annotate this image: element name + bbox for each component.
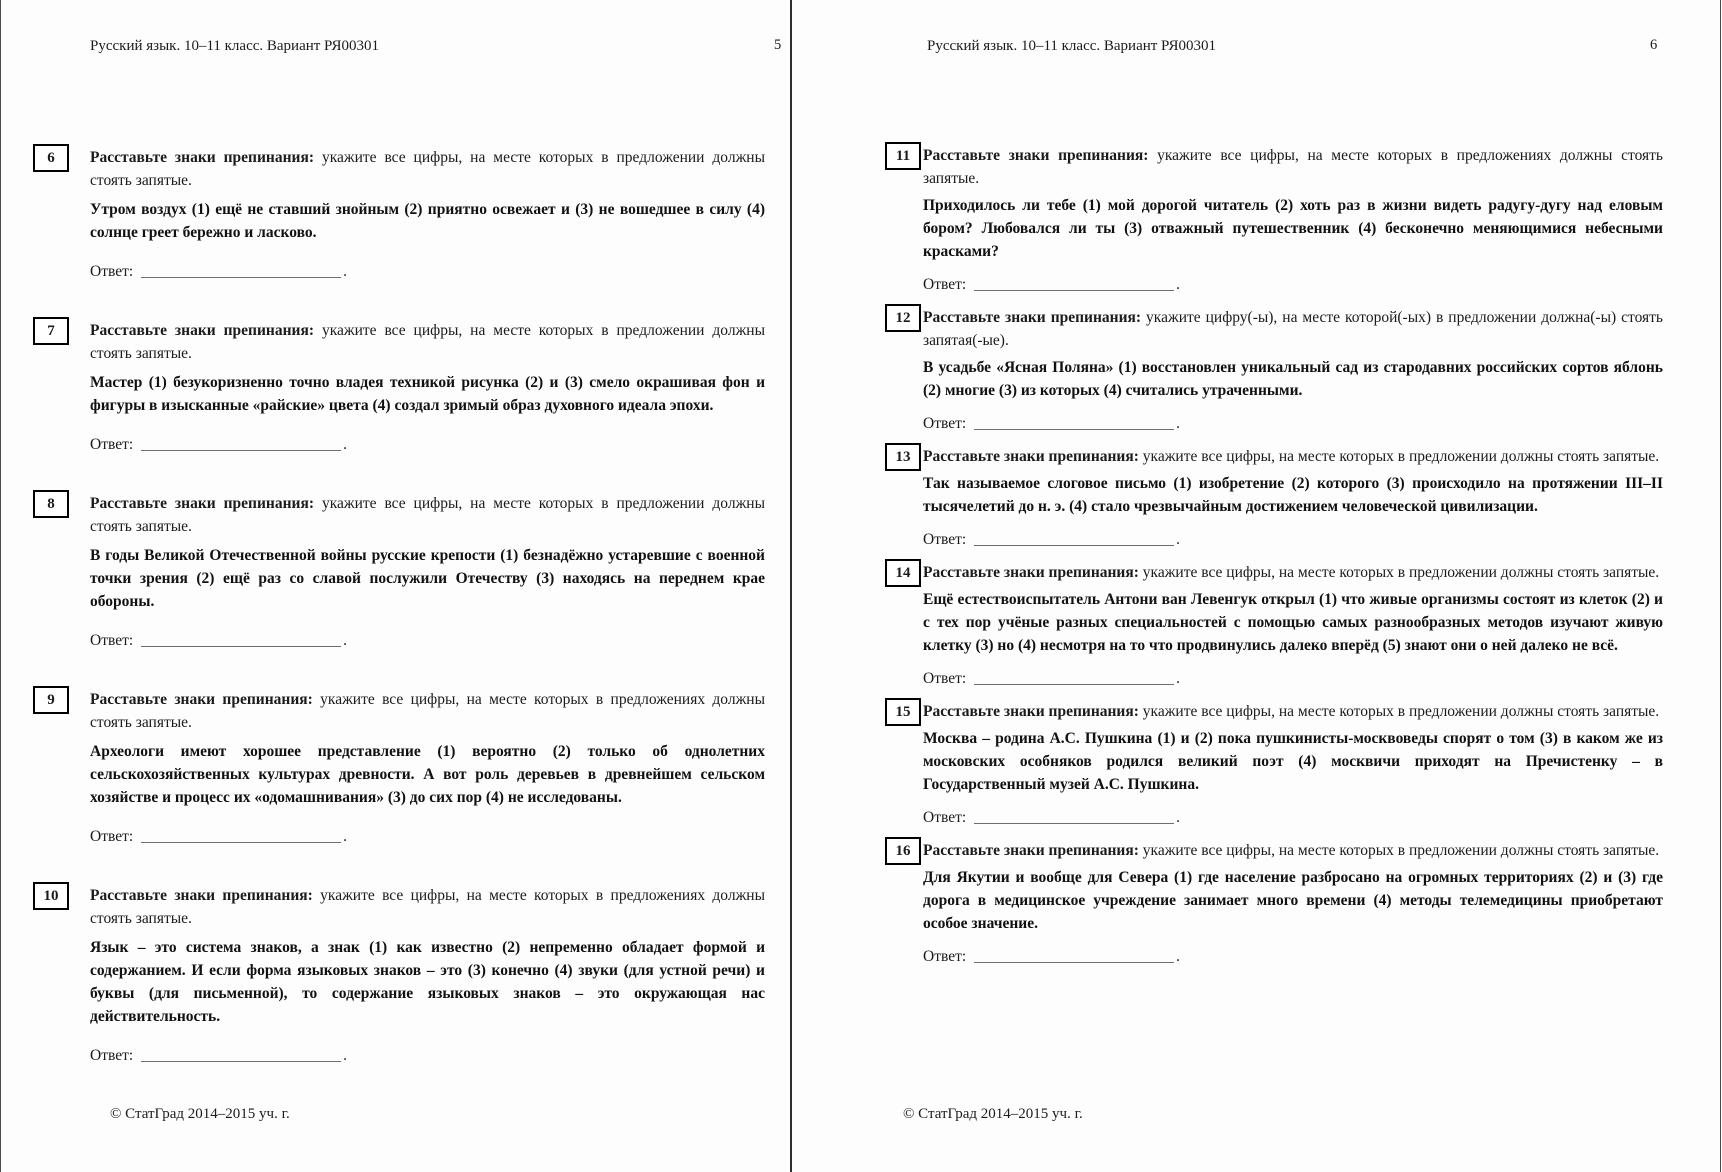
answer-label: Ответ: [923, 276, 966, 293]
question-instruction: Расставьте знаки препинания: укажите все… [90, 492, 765, 538]
answer-row: Ответ:. [90, 260, 765, 283]
instruction-bold: Расставьте знаки препинания: [923, 842, 1139, 859]
question-6: 6 Расставьте знаки препинания: укажите в… [90, 146, 765, 283]
instruction-bold: Расставьте знаки препинания: [90, 149, 314, 166]
question-task: Ещё естествоиспытатель Антони ван Левенг… [923, 588, 1663, 657]
answer-blank [141, 263, 341, 278]
question-task: Для Якутии и вообще для Севера (1) где н… [923, 866, 1663, 935]
page-body: 6 Расставьте знаки препинания: укажите в… [90, 146, 765, 1103]
answer-suffix: . [1176, 670, 1180, 687]
question-number-box: 6 [33, 144, 69, 172]
answer-row: Ответ:. [90, 629, 765, 652]
instruction-bold: Расставьте знаки препинания: [90, 887, 313, 904]
question-number-box: 16 [885, 837, 921, 865]
question-9: 9 Расставьте знаки препинания: укажите в… [90, 688, 765, 848]
answer-suffix: . [1176, 276, 1180, 293]
question-15: 15 Расставьте знаки препинания: укажите … [923, 700, 1663, 829]
question-task: Так называемое слоговое письмо (1) изобр… [923, 472, 1663, 518]
answer-row: Ответ:. [90, 433, 765, 456]
answer-blank [141, 436, 341, 451]
instruction-rest: укажите все цифры, на месте которых в пр… [1139, 842, 1659, 859]
answer-blank [974, 531, 1174, 546]
instruction-rest: укажите все цифры, на месте которых в пр… [1139, 448, 1659, 465]
answer-label: Ответ: [90, 1047, 133, 1064]
answer-blank [974, 276, 1174, 291]
copyright-footer: © СтатГрад 2014–2015 уч. г. [110, 1106, 290, 1123]
instruction-bold: Расставьте знаки препинания: [923, 309, 1141, 326]
answer-label: Ответ: [923, 670, 966, 687]
answer-suffix: . [343, 828, 347, 845]
answer-blank [974, 670, 1174, 685]
answer-blank [974, 948, 1174, 963]
answer-row: Ответ:. [923, 273, 1663, 296]
instruction-bold: Расставьте знаки препинания: [90, 691, 313, 708]
answer-label: Ответ: [923, 415, 966, 432]
answer-row: Ответ:. [923, 412, 1663, 435]
instruction-rest: укажите все цифры, на месте которых в пр… [1139, 564, 1659, 581]
answer-blank [141, 1047, 341, 1062]
page-number: 6 [1650, 37, 1657, 54]
question-instruction: Расставьте знаки препинания: укажите все… [90, 688, 765, 734]
answer-blank [141, 828, 341, 843]
instruction-bold: Расставьте знаки препинания: [923, 564, 1139, 581]
question-number-box: 8 [33, 490, 69, 518]
question-11: 11 Расставьте знаки препинания: укажите … [923, 144, 1663, 296]
answer-blank [974, 809, 1174, 824]
instruction-bold: Расставьте знаки препинания: [90, 495, 314, 512]
page-header: Русский язык. 10–11 класс. Вариант РЯ003… [90, 36, 379, 56]
question-task: Приходилось ли тебе (1) мой дорогой чита… [923, 194, 1663, 263]
question-task: В усадьбе «Ясная Поляна» (1) восстановле… [923, 356, 1663, 402]
answer-label: Ответ: [90, 632, 133, 649]
answer-suffix: . [343, 1047, 347, 1064]
answer-row: Ответ:. [923, 667, 1663, 690]
answer-row: Ответ:. [923, 945, 1663, 968]
answer-label: Ответ: [923, 531, 966, 548]
answer-row: Ответ:. [923, 806, 1663, 829]
question-task: Мастер (1) безукоризненно точно владея т… [90, 371, 765, 417]
page-number: 5 [774, 37, 781, 54]
question-task: Москва – родина А.С. Пушкина (1) и (2) п… [923, 727, 1663, 796]
answer-suffix: . [1176, 531, 1180, 548]
answer-label: Ответ: [90, 263, 133, 280]
question-number-box: 10 [33, 882, 69, 910]
answer-label: Ответ: [90, 828, 133, 845]
question-task: Археологи имеют хорошее представление (1… [90, 740, 765, 809]
question-task: Язык – это система знаков, а знак (1) ка… [90, 936, 765, 1028]
copyright-footer: © СтатГрад 2014–2015 уч. г. [903, 1106, 1083, 1123]
question-number-box: 14 [885, 559, 921, 587]
question-task: Утром воздух (1) ещё не ставший знойным … [90, 198, 765, 244]
instruction-bold: Расставьте знаки препинания: [923, 147, 1148, 164]
answer-label: Ответ: [923, 809, 966, 826]
answer-row: Ответ:. [923, 528, 1663, 551]
question-number-box: 12 [885, 304, 921, 332]
document-spread: Русский язык. 10–11 класс. Вариант РЯ003… [0, 0, 1722, 1172]
answer-row: Ответ:. [90, 1044, 765, 1067]
question-number-box: 9 [33, 686, 69, 714]
instruction-bold: Расставьте знаки препинания: [923, 703, 1139, 720]
answer-suffix: . [1176, 415, 1180, 432]
question-instruction: Расставьте знаки препинания: укажите все… [923, 445, 1663, 468]
page-body: 11 Расставьте знаки препинания: укажите … [923, 144, 1663, 978]
question-instruction: Расставьте знаки препинания: укажите все… [90, 146, 765, 192]
question-number-box: 11 [885, 142, 921, 170]
instruction-bold: Расставьте знаки препинания: [90, 322, 314, 339]
question-instruction: Расставьте знаки препинания: укажите все… [90, 319, 765, 365]
instruction-rest: укажите все цифры, на месте которых в пр… [1139, 703, 1659, 720]
question-task: В годы Великой Отечественной войны русск… [90, 544, 765, 613]
answer-blank [974, 415, 1174, 430]
instruction-bold: Расставьте знаки препинания: [923, 448, 1139, 465]
answer-label: Ответ: [90, 436, 133, 453]
question-instruction: Расставьте знаки препинания: укажите циф… [923, 306, 1663, 352]
answer-suffix: . [343, 632, 347, 649]
question-7: 7 Расставьте знаки препинания: укажите в… [90, 319, 765, 456]
page-5: Русский язык. 10–11 класс. Вариант РЯ003… [0, 0, 790, 1172]
answer-row: Ответ:. [90, 825, 765, 848]
page-header: Русский язык. 10–11 класс. Вариант РЯ003… [927, 36, 1216, 56]
question-instruction: Расставьте знаки препинания: укажите все… [923, 839, 1663, 862]
question-number-box: 13 [885, 443, 921, 471]
question-number-box: 15 [885, 698, 921, 726]
answer-label: Ответ: [923, 948, 966, 965]
question-instruction: Расставьте знаки препинания: укажите все… [90, 884, 765, 930]
answer-suffix: . [343, 436, 347, 453]
question-number-box: 7 [33, 317, 69, 345]
answer-suffix: . [1176, 948, 1180, 965]
question-13: 13 Расставьте знаки препинания: укажите … [923, 445, 1663, 551]
question-instruction: Расставьте знаки препинания: укажите все… [923, 561, 1663, 584]
question-instruction: Расставьте знаки препинания: укажите все… [923, 700, 1663, 723]
question-10: 10 Расставьте знаки препинания: укажите … [90, 884, 765, 1067]
question-12: 12 Расставьте знаки препинания: укажите … [923, 306, 1663, 435]
answer-suffix: . [343, 263, 347, 280]
question-16: 16 Расставьте знаки препинания: укажите … [923, 839, 1663, 968]
question-14: 14 Расставьте знаки препинания: укажите … [923, 561, 1663, 690]
question-instruction: Расставьте знаки препинания: укажите все… [923, 144, 1663, 190]
answer-suffix: . [1176, 809, 1180, 826]
answer-blank [141, 632, 341, 647]
page-6: Русский язык. 10–11 класс. Вариант РЯ003… [792, 0, 1722, 1172]
question-8: 8 Расставьте знаки препинания: укажите в… [90, 492, 765, 652]
